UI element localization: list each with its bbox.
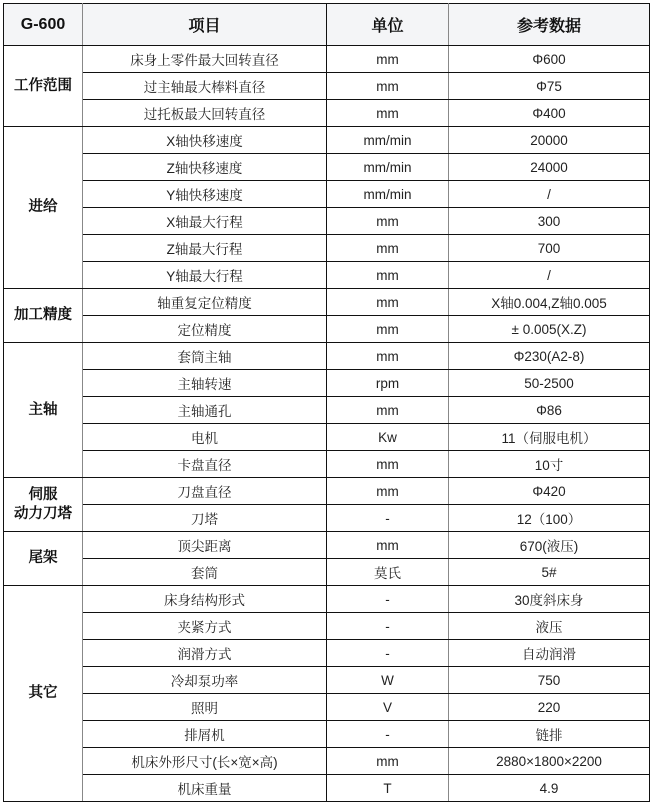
group-spindle: 主轴 bbox=[4, 343, 83, 478]
value-cell: 4.9 bbox=[449, 775, 650, 802]
item-cell: 床身上零件最大回转直径 bbox=[83, 46, 327, 73]
header-unit: 单位 bbox=[327, 4, 449, 46]
value-cell: 24000 bbox=[449, 154, 650, 181]
spec-table: G-600 项目 单位 参考数据 工作范围 床身上零件最大回转直径 mm Φ60… bbox=[3, 3, 650, 802]
unit-cell: mm/min bbox=[327, 127, 449, 154]
item-cell: 主轴通孔 bbox=[83, 397, 327, 424]
unit-cell: W bbox=[327, 667, 449, 694]
value-cell: Φ400 bbox=[449, 100, 650, 127]
table-row: 主轴 套筒主轴 mm Φ230(A2-8) bbox=[4, 343, 650, 370]
value-cell: 10寸 bbox=[449, 451, 650, 478]
unit-cell: - bbox=[327, 721, 449, 748]
group-tailstock: 尾架 bbox=[4, 532, 83, 586]
unit-cell: mm bbox=[327, 451, 449, 478]
table-row: 过主轴最大棒料直径 mm Φ75 bbox=[4, 73, 650, 100]
item-cell: 机床重量 bbox=[83, 775, 327, 802]
item-cell: 照明 bbox=[83, 694, 327, 721]
item-cell: Y轴快移速度 bbox=[83, 181, 327, 208]
value-cell: / bbox=[449, 262, 650, 289]
item-cell: 定位精度 bbox=[83, 316, 327, 343]
header-value: 参考数据 bbox=[449, 4, 650, 46]
unit-cell: mm bbox=[327, 235, 449, 262]
header-model: G-600 bbox=[4, 4, 83, 46]
item-cell: Z轴最大行程 bbox=[83, 235, 327, 262]
item-cell: 床身结构形式 bbox=[83, 586, 327, 613]
unit-cell: mm bbox=[327, 100, 449, 127]
unit-cell: - bbox=[327, 586, 449, 613]
group-other: 其它 bbox=[4, 586, 83, 802]
table-row: 照明 V 220 bbox=[4, 694, 650, 721]
value-cell: 50-2500 bbox=[449, 370, 650, 397]
value-cell: 11（伺服电机） bbox=[449, 424, 650, 451]
value-cell: X轴0.004,Z轴0.005 bbox=[449, 289, 650, 316]
table-row: X轴最大行程 mm 300 bbox=[4, 208, 650, 235]
value-cell: 750 bbox=[449, 667, 650, 694]
table-row: 刀塔 - 12（100） bbox=[4, 505, 650, 532]
item-cell: Z轴快移速度 bbox=[83, 154, 327, 181]
value-cell: 220 bbox=[449, 694, 650, 721]
unit-cell: - bbox=[327, 613, 449, 640]
unit-cell: mm bbox=[327, 397, 449, 424]
value-cell: 液压 bbox=[449, 613, 650, 640]
unit-cell: mm/min bbox=[327, 181, 449, 208]
header-row: G-600 项目 单位 参考数据 bbox=[4, 4, 650, 46]
table-row: 进给 X轴快移速度 mm/min 20000 bbox=[4, 127, 650, 154]
unit-cell: - bbox=[327, 640, 449, 667]
item-cell: X轴最大行程 bbox=[83, 208, 327, 235]
value-cell: 20000 bbox=[449, 127, 650, 154]
unit-cell: mm bbox=[327, 316, 449, 343]
unit-cell: Kw bbox=[327, 424, 449, 451]
table-row: 尾架 顶尖距离 mm 670(液压) bbox=[4, 532, 650, 559]
unit-cell: - bbox=[327, 505, 449, 532]
table-row: 夹紧方式 - 液压 bbox=[4, 613, 650, 640]
value-cell: 2880×1800×2200 bbox=[449, 748, 650, 775]
table-row: 卡盘直径 mm 10寸 bbox=[4, 451, 650, 478]
item-cell: 排屑机 bbox=[83, 721, 327, 748]
unit-cell: mm bbox=[327, 478, 449, 505]
item-cell: 套筒 bbox=[83, 559, 327, 586]
value-cell: 670(液压) bbox=[449, 532, 650, 559]
item-cell: 电机 bbox=[83, 424, 327, 451]
table-row: 排屑机 - 链排 bbox=[4, 721, 650, 748]
item-cell: 顶尖距离 bbox=[83, 532, 327, 559]
header-item: 项目 bbox=[83, 4, 327, 46]
item-cell: 润滑方式 bbox=[83, 640, 327, 667]
unit-cell: mm bbox=[327, 262, 449, 289]
unit-cell: rpm bbox=[327, 370, 449, 397]
item-cell: 过托板最大回转直径 bbox=[83, 100, 327, 127]
value-cell: Φ420 bbox=[449, 478, 650, 505]
value-cell: 12（100） bbox=[449, 505, 650, 532]
unit-cell: 莫氏 bbox=[327, 559, 449, 586]
table-row: 加工精度 轴重复定位精度 mm X轴0.004,Z轴0.005 bbox=[4, 289, 650, 316]
table-row: 机床重量 T 4.9 bbox=[4, 775, 650, 802]
unit-cell: V bbox=[327, 694, 449, 721]
unit-cell: mm bbox=[327, 208, 449, 235]
value-cell: 链排 bbox=[449, 721, 650, 748]
table-row: Y轴最大行程 mm / bbox=[4, 262, 650, 289]
value-cell: 300 bbox=[449, 208, 650, 235]
table-row: 套筒 莫氏 5# bbox=[4, 559, 650, 586]
item-cell: X轴快移速度 bbox=[83, 127, 327, 154]
item-cell: 夹紧方式 bbox=[83, 613, 327, 640]
table-row: 主轴转速 rpm 50-2500 bbox=[4, 370, 650, 397]
item-cell: Y轴最大行程 bbox=[83, 262, 327, 289]
value-cell: Φ86 bbox=[449, 397, 650, 424]
value-cell: Φ75 bbox=[449, 73, 650, 100]
value-cell: 700 bbox=[449, 235, 650, 262]
item-cell: 轴重复定位精度 bbox=[83, 289, 327, 316]
table-row: 机床外形尺寸(长×宽×高) mm 2880×1800×2200 bbox=[4, 748, 650, 775]
unit-cell: mm bbox=[327, 46, 449, 73]
unit-cell: mm bbox=[327, 343, 449, 370]
spec-table-container: G-600 项目 单位 参考数据 工作范围 床身上零件最大回转直径 mm Φ60… bbox=[3, 3, 650, 802]
table-row: Y轴快移速度 mm/min / bbox=[4, 181, 650, 208]
item-cell: 卡盘直径 bbox=[83, 451, 327, 478]
item-cell: 主轴转速 bbox=[83, 370, 327, 397]
unit-cell: T bbox=[327, 775, 449, 802]
table-row: 主轴通孔 mm Φ86 bbox=[4, 397, 650, 424]
unit-cell: mm bbox=[327, 73, 449, 100]
table-row: 定位精度 mm ± 0.005(X.Z) bbox=[4, 316, 650, 343]
group-machining-accuracy: 加工精度 bbox=[4, 289, 83, 343]
group-feed: 进给 bbox=[4, 127, 83, 289]
item-cell: 过主轴最大棒料直径 bbox=[83, 73, 327, 100]
item-cell: 机床外形尺寸(长×宽×高) bbox=[83, 748, 327, 775]
table-row: 润滑方式 - 自动润滑 bbox=[4, 640, 650, 667]
value-cell: Φ600 bbox=[449, 46, 650, 73]
value-cell: Φ230(A2-8) bbox=[449, 343, 650, 370]
item-cell: 冷却泵功率 bbox=[83, 667, 327, 694]
group-working-range: 工作范围 bbox=[4, 46, 83, 127]
value-cell: ± 0.005(X.Z) bbox=[449, 316, 650, 343]
unit-cell: mm bbox=[327, 748, 449, 775]
table-row: 其它 床身结构形式 - 30度斜床身 bbox=[4, 586, 650, 613]
group-label-line2: 动力刀塔 bbox=[4, 505, 82, 524]
group-servo-power-turret: 伺服 动力刀塔 bbox=[4, 478, 83, 532]
value-cell: 5# bbox=[449, 559, 650, 586]
unit-cell: mm/min bbox=[327, 154, 449, 181]
unit-cell: mm bbox=[327, 289, 449, 316]
value-cell: 30度斜床身 bbox=[449, 586, 650, 613]
value-cell: / bbox=[449, 181, 650, 208]
table-row: Z轴最大行程 mm 700 bbox=[4, 235, 650, 262]
table-row: 电机 Kw 11（伺服电机） bbox=[4, 424, 650, 451]
value-cell: 自动润滑 bbox=[449, 640, 650, 667]
group-label-line1: 伺服 bbox=[4, 486, 82, 505]
item-cell: 刀塔 bbox=[83, 505, 327, 532]
table-row: 冷却泵功率 W 750 bbox=[4, 667, 650, 694]
table-row: 工作范围 床身上零件最大回转直径 mm Φ600 bbox=[4, 46, 650, 73]
item-cell: 刀盘直径 bbox=[83, 478, 327, 505]
table-row: 伺服 动力刀塔 刀盘直径 mm Φ420 bbox=[4, 478, 650, 505]
unit-cell: mm bbox=[327, 532, 449, 559]
table-row: Z轴快移速度 mm/min 24000 bbox=[4, 154, 650, 181]
table-row: 过托板最大回转直径 mm Φ400 bbox=[4, 100, 650, 127]
item-cell: 套筒主轴 bbox=[83, 343, 327, 370]
